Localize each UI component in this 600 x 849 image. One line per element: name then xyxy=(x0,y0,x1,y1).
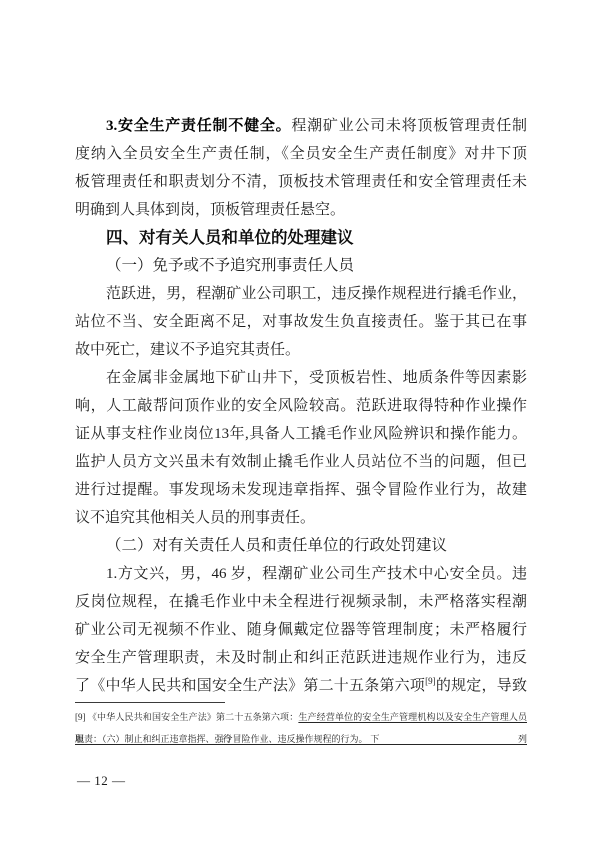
text-segment: [9] 《中华人民共和国安全生产法》第二十五条第六项： xyxy=(75,712,298,722)
text-segment: 程潮矿业公司未将顶板管理责任制 xyxy=(291,118,527,134)
para-risk-line-5: 进行过提醒。事发现场未发现违章指挥、强令冒险作业行为，故建 xyxy=(75,476,527,504)
para-fanyuejin-line-2: 站位不当、安全距离不足，对事故发生负直接责任。鉴于其已在事 xyxy=(75,308,527,336)
para-responsibility-line-4: 明确到人具体到岗，顶板管理责任悬空。 xyxy=(75,196,527,224)
text-segment: （二）对有关责任人员和责任单位的行政处罚建议 xyxy=(106,537,447,554)
text-segment: 反岗位规程，在撬毛作业中未全程进行视频录制，未严格落实程潮 xyxy=(75,594,527,610)
text-segment: 四、对有关人员和单位的处理建议 xyxy=(106,228,354,247)
para-fanyuejin-line-3: 故中死亡，建议不予追究其责任。 xyxy=(75,336,527,364)
para-risk-line-2: 响，人工敲帮问顶作业的安全风险较高。范跃进取得特种作业操作 xyxy=(75,392,527,420)
para-responsibility-line-2: 度纳入全员安全生产责任制，《全员安全生产责任制度》对井下顶 xyxy=(75,140,527,168)
text-segment: 议不追究其他相关人员的刑事责任。 xyxy=(75,510,315,526)
footnote-separator xyxy=(75,702,225,703)
text-segment: 了《中华人民共和国安全生产法》第二十五条第六项 xyxy=(75,678,425,694)
text-segment: 站位不当、安全距离不足，对事故发生负直接责任。鉴于其已在事 xyxy=(75,314,527,330)
text-segment: 响，人工敲帮问顶作业的安全风险较高。范跃进取得特种作业操作 xyxy=(75,398,527,414)
document-page: 3.安全生产责任制不健全。程潮矿业公司未将顶板管理责任制度纳入全员安全生产责任制… xyxy=(0,0,600,849)
para-fanyuejin-line-1: 范跃进，男，程潮矿业公司职工，违反操作规程进行撬毛作业， xyxy=(75,280,527,308)
footnote-text: [9] 《中华人民共和国安全生产法》第二十五条第六项：生产经营单位的安全生产管理… xyxy=(75,706,527,750)
text-segment: 板管理责任和职责划分不清，顶板技术管理责任和安全管理责任未 xyxy=(75,174,527,190)
text-segment: （一）免予或不予追究刑事责任人员 xyxy=(106,257,354,274)
para-fangwenxing-line-3: 矿业公司无视频不作业、随身佩戴定位器等管理制度；未严格履行 xyxy=(75,616,527,644)
para-fangwenxing-line-5: 了《中华人民共和国安全生产法》第二十五条第六项[9]的规定，导致 xyxy=(75,672,527,700)
para-risk-line-4: 监护人员方文兴虽未有效制止撬毛作业人员站位不当的问题，但已 xyxy=(75,448,527,476)
para-responsibility-line-3: 板管理责任和职责划分不清，顶板技术管理责任和安全管理责任未 xyxy=(75,168,527,196)
text-segment: 1.方文兴，男，46 岁，程潮矿业公司生产技术中心安全员。违 xyxy=(106,566,527,582)
para-risk-line-6: 议不追究其他相关人员的刑事责任。 xyxy=(75,504,527,532)
text-segment: 3.安全生产责任制不健全。 xyxy=(106,118,291,134)
text-segment: 安全生产管理职责，未及时制止和纠正范跃进违规作业行为，违反 xyxy=(75,650,527,666)
section-heading: 四、对有关人员和单位的处理建议 xyxy=(75,224,527,252)
text-segment: 在金属非金属地下矿山井下，受顶板岩性、地质条件等因素影 xyxy=(106,370,527,386)
page-number: — 12 — xyxy=(77,771,126,791)
text-segment: 范跃进，男，程潮矿业公司职工，违反操作规程进行撬毛作业， xyxy=(106,286,527,302)
para-risk-line-1: 在金属非金属地下矿山井下，受顶板岩性、地质条件等因素影 xyxy=(75,364,527,392)
subsection-heading-1: （一）免予或不予追究刑事责任人员 xyxy=(75,252,527,280)
footnote-9-line-1: [9] 《中华人民共和国安全生产法》第二十五条第六项：生产经营单位的安全生产管理… xyxy=(75,706,527,728)
text-segment: 监护人员方文兴虽未有效制止撬毛作业人员站位不当的问题，但已 xyxy=(75,454,527,470)
text-segment: 明确到人具体到岗，顶板管理责任悬空。 xyxy=(75,202,345,218)
footnote-reference-marker: [9] xyxy=(425,676,436,686)
para-risk-line-3: 证从事支柱作业岗位13年,具备人工撬毛作业风险辨识和操作能力。 xyxy=(75,420,527,448)
para-responsibility-line-1: 3.安全生产责任制不健全。程潮矿业公司未将顶板管理责任制 xyxy=(75,112,527,140)
document-body: 3.安全生产责任制不健全。程潮矿业公司未将顶板管理责任制度纳入全员安全生产责任制… xyxy=(75,112,527,700)
text-segment: 进行过提醒。事发现场未发现违章指挥、强令冒险作业行为，故建 xyxy=(75,482,527,498)
para-fangwenxing-line-2: 反岗位规程，在撬毛作业中未全程进行视频录制，未严格落实程潮 xyxy=(75,588,527,616)
text-segment: 度纳入全员安全生产责任制，《全员安全生产责任制度》对井下顶 xyxy=(75,146,527,162)
text-segment: 的规定，导致 xyxy=(436,678,527,694)
para-fangwenxing-line-4: 安全生产管理职责，未及时制止和纠正范跃进违规作业行为，违反 xyxy=(75,644,527,672)
para-fangwenxing-line-1: 1.方文兴，男，46 岁，程潮矿业公司生产技术中心安全员。违 xyxy=(75,560,527,588)
text-segment: 证从事支柱作业岗位13年,具备人工撬毛作业风险辨识和操作能力。 xyxy=(75,426,527,442)
text-segment: 职责：（六）制止和纠正违章指挥、强令冒险作业、违反操作规程的行为。 xyxy=(75,734,368,744)
text-segment: 矿业公司无视频不作业、随身佩戴定位器等管理制度；未严格履行 xyxy=(75,622,527,638)
text-segment: 故中死亡，建议不予追究其责任。 xyxy=(75,342,300,358)
subsection-heading-2: （二）对有关责任人员和责任单位的行政处罚建议 xyxy=(75,532,527,560)
